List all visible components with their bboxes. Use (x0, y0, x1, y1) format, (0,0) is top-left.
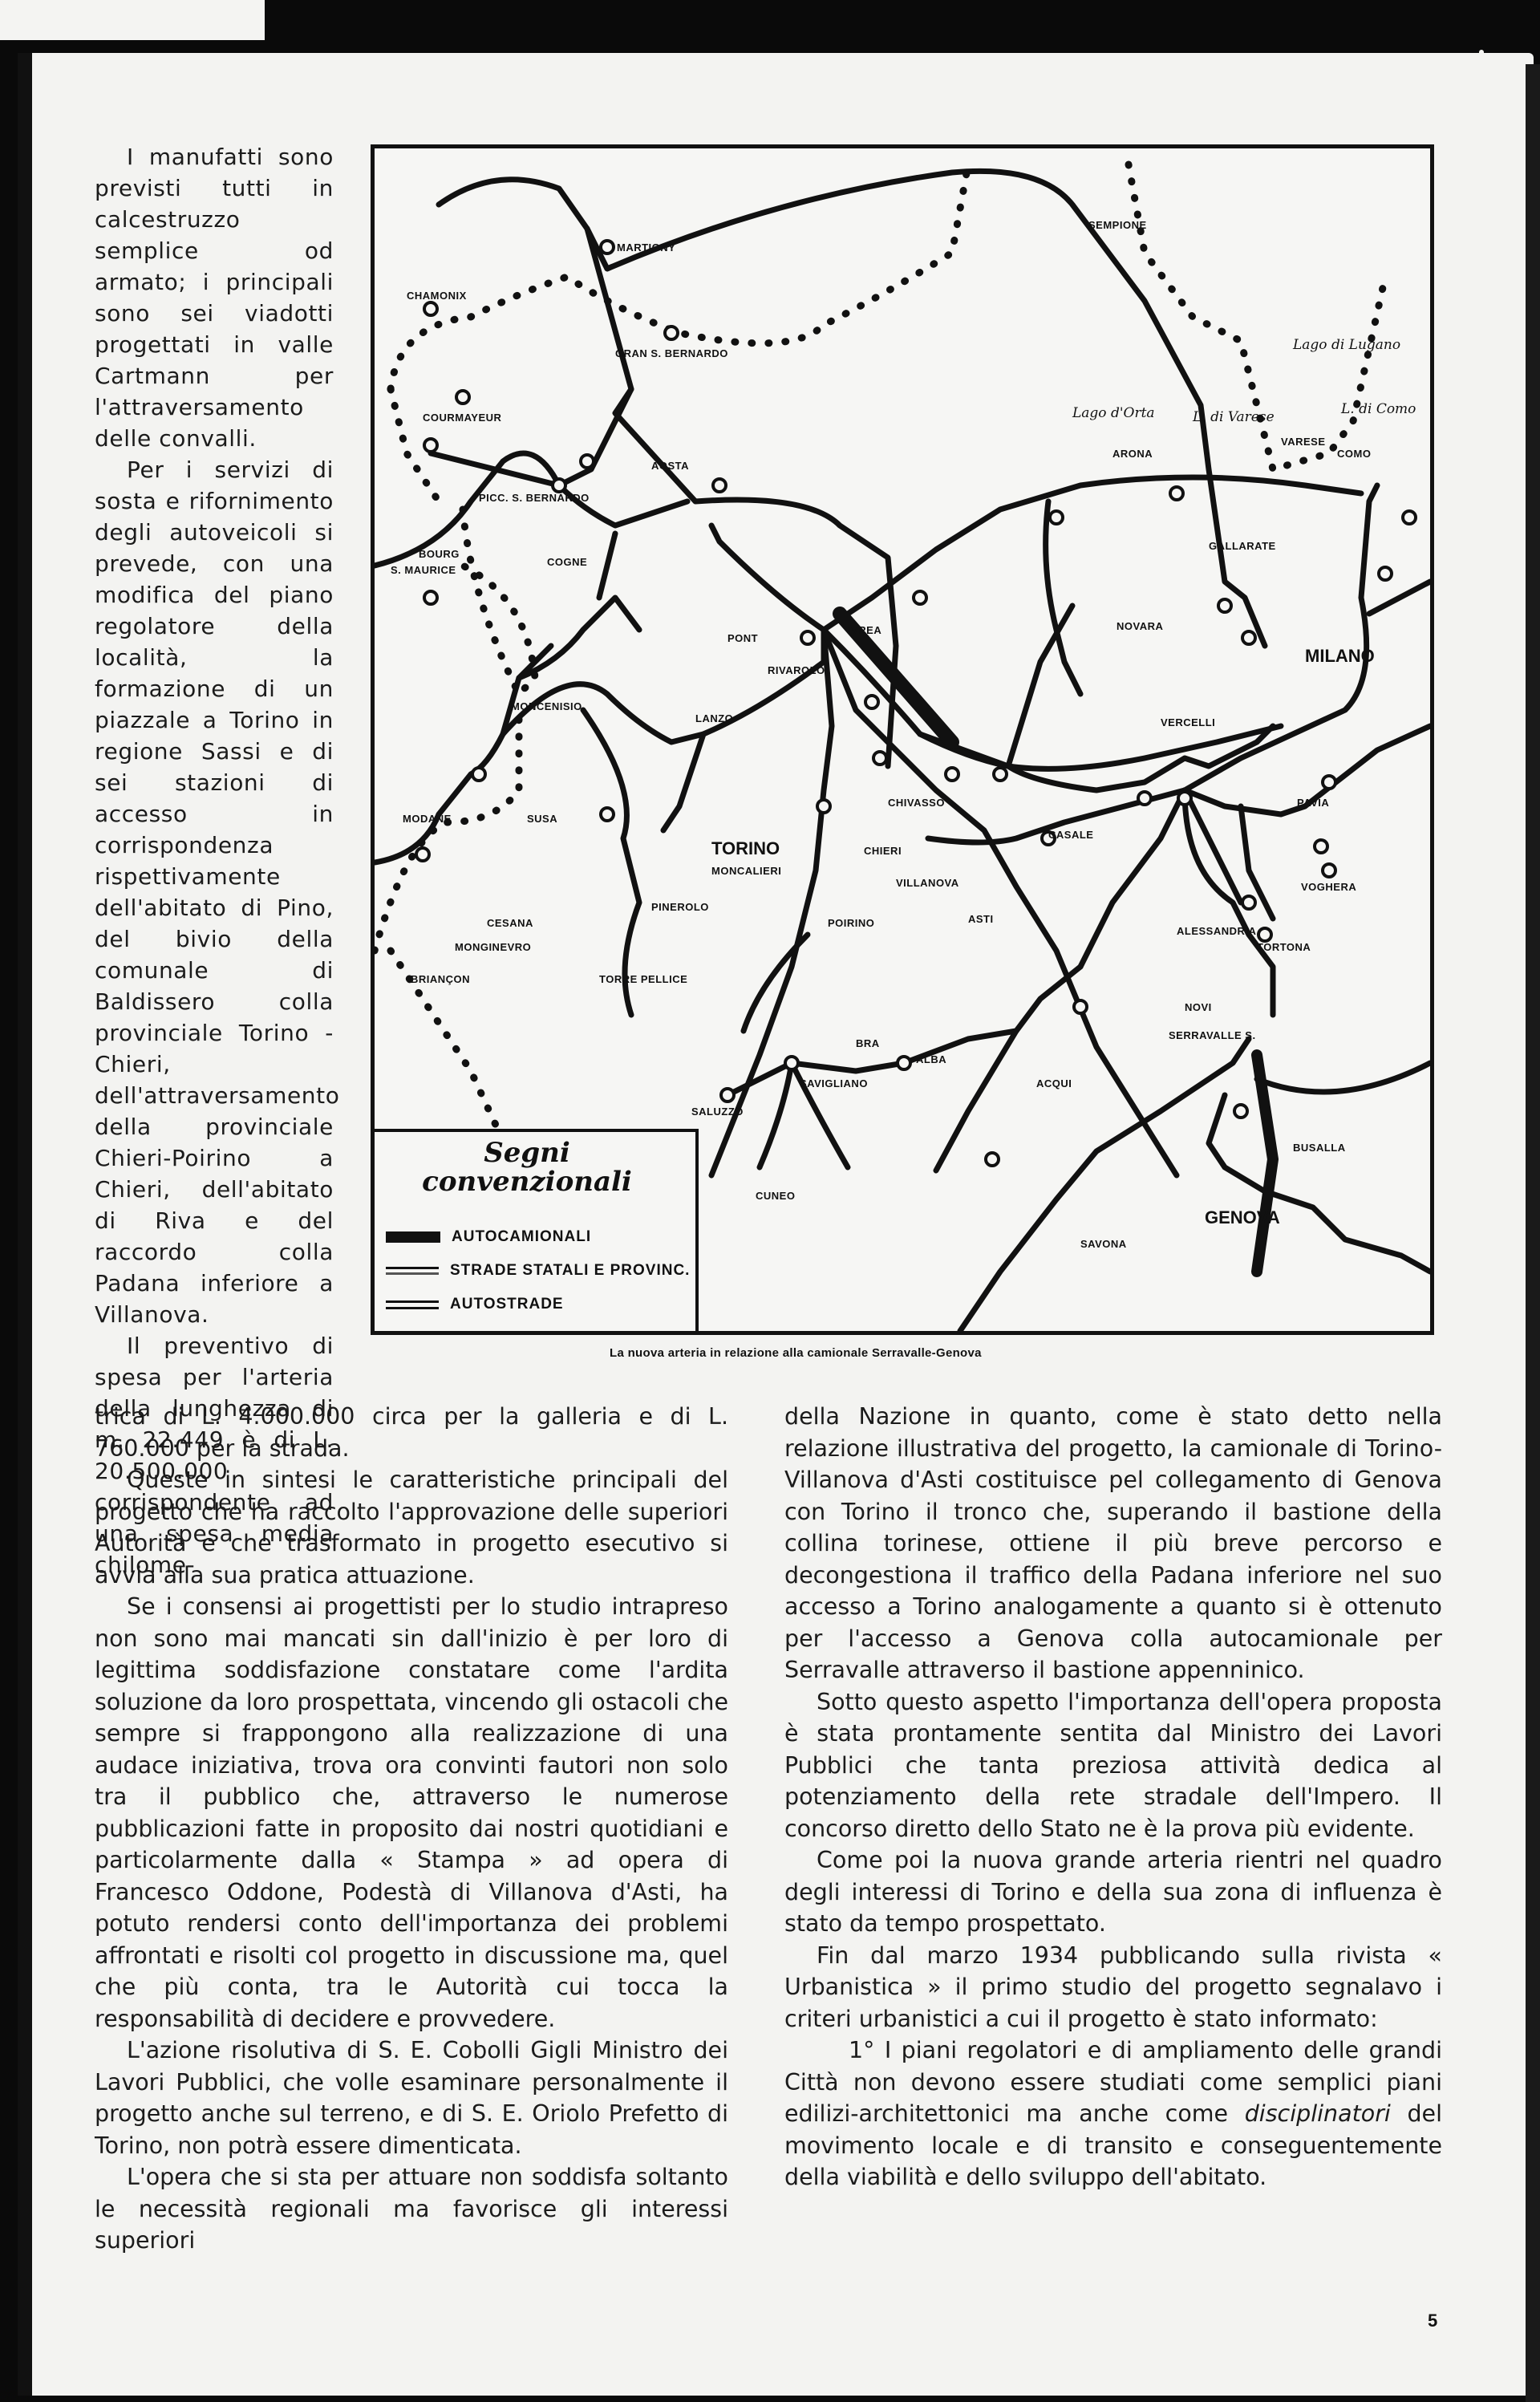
svg-text:MONGINEVRO: MONGINEVRO (455, 941, 531, 953)
svg-text:VOGHERA: VOGHERA (1301, 881, 1356, 893)
paragraph: L'opera che si sta per attuare non soddi… (95, 2161, 728, 2257)
svg-text:MODANE: MODANE (403, 813, 452, 825)
legend-title: Segni convenzionali (399, 1138, 655, 1196)
svg-text:PONT: PONT (727, 632, 758, 644)
svg-text:MILANO: MILANO (1305, 646, 1375, 666)
paragraph-continuation: trica di L. 4.000.000 circa per la galle… (95, 1401, 728, 1464)
svg-text:CASALE: CASALE (1048, 829, 1093, 841)
svg-text:MARTIGNY: MARTIGNY (617, 241, 675, 254)
svg-text:PINEROLO: PINEROLO (651, 901, 709, 913)
svg-text:SUSA: SUSA (527, 813, 557, 825)
svg-text:PAVIA: PAVIA (1297, 797, 1329, 809)
narrow-text-column: I manufatti sono previsti tutti in calce… (95, 141, 334, 1580)
state-road-line-icon (386, 1267, 439, 1275)
svg-text:CHIVASSO: CHIVASSO (888, 797, 945, 809)
svg-text:COMO: COMO (1337, 448, 1371, 460)
svg-text:TORINO: TORINO (711, 838, 780, 858)
svg-text:COURMAYEUR: COURMAYEUR (423, 412, 502, 424)
svg-text:CESANA: CESANA (487, 917, 533, 929)
svg-text:NOVI: NOVI (1185, 1001, 1212, 1013)
road-map-figure: MARTIGNY CHAMONIX GRAN S. BERNARDO COURM… (371, 144, 1434, 1335)
svg-text:AOSTA: AOSTA (651, 460, 689, 472)
svg-text:Lago d'Orta: Lago d'Orta (1072, 405, 1155, 421)
page-edge-right (1526, 64, 1540, 2402)
svg-text:BUSALLA: BUSALLA (1293, 1142, 1346, 1154)
svg-text:NOVARA: NOVARA (1116, 620, 1163, 632)
svg-text:RIVAROLO: RIVAROLO (768, 664, 825, 676)
map-caption: La nuova arteria in relazione alla camio… (610, 1346, 982, 1360)
page-number: 5 (1428, 2311, 1437, 2331)
scan-artifact (1479, 50, 1484, 58)
svg-text:PICC. S. BERNARDO: PICC. S. BERNARDO (479, 492, 590, 504)
svg-text:TORTONA: TORTONA (1257, 941, 1311, 953)
svg-text:L. di Como: L. di Como (1340, 401, 1416, 417)
paragraph: L'azione risolutiva di S. E. Cobolli Gig… (95, 2035, 728, 2161)
svg-text:ALESSANDRIA: ALESSANDRIA (1177, 925, 1257, 937)
svg-text:POIRINO: POIRINO (828, 917, 874, 929)
paragraph-continuation: della Nazione in quanto, come è stato de… (784, 1401, 1442, 1686)
svg-text:CUNEO: CUNEO (756, 1190, 795, 1202)
svg-text:SERRAVALLE S.: SERRAVALLE S. (1169, 1029, 1256, 1041)
svg-text:MONCENISIO: MONCENISIO (511, 700, 582, 712)
autostrada-line-icon (386, 1300, 439, 1309)
svg-text:ALBA: ALBA (916, 1053, 946, 1065)
scan-margin (0, 0, 265, 40)
svg-text:L. di Varese: L. di Varese (1192, 409, 1275, 425)
svg-text:Lago di Lugano: Lago di Lugano (1292, 337, 1400, 353)
numbered-item: 1° I piani regolatori e di ampliamento d… (784, 2035, 1442, 2193)
paragraph: Se i consensi ai progettisti per lo stud… (95, 1591, 728, 2035)
svg-text:BRA: BRA (856, 1037, 880, 1049)
svg-text:IVREA: IVREA (848, 624, 881, 636)
svg-text:ASTI: ASTI (968, 913, 994, 925)
svg-text:CHAMONIX: CHAMONIX (407, 290, 467, 302)
svg-text:ACQUI: ACQUI (1036, 1077, 1072, 1089)
autocamionali-line-icon (386, 1231, 440, 1243)
svg-text:MONCALIERI: MONCALIERI (711, 865, 781, 877)
legend-item-strade-statali: STRADE STATALI E PROVINC. (386, 1260, 690, 1281)
paragraph: Sotto questo aspetto l'importanza dell'o… (784, 1686, 1442, 1845)
svg-text:SEMPIONE: SEMPIONE (1088, 219, 1147, 231)
svg-text:CHIERI: CHIERI (864, 845, 902, 857)
right-text-column: della Nazione in quanto, come è stato de… (784, 1401, 1442, 2193)
paragraph: Come poi la nuova grande arteria rientri… (784, 1844, 1442, 1940)
svg-text:SAVONA: SAVONA (1080, 1238, 1127, 1250)
svg-text:LANZO: LANZO (695, 712, 733, 724)
paragraph: I manufatti sono previsti tutti in calce… (95, 141, 334, 454)
svg-text:BOURG: BOURG (419, 548, 460, 560)
svg-text:GRAN S. BERNARDO: GRAN S. BERNARDO (615, 347, 728, 359)
legend-item-autocamionali: AUTOCAMIONALI (386, 1227, 591, 1248)
svg-text:SALUZZO: SALUZZO (691, 1106, 744, 1118)
svg-text:VILLANOVA: VILLANOVA (896, 877, 959, 889)
svg-text:COGNE: COGNE (547, 556, 587, 568)
paragraph: Fin dal marzo 1934 pubblicando sulla riv… (784, 1940, 1442, 2035)
svg-text:S. MAURICE: S. MAURICE (391, 564, 456, 576)
map-legend: Segni convenzionali AUTOCAMIONALI STRADE… (375, 1129, 699, 1331)
page-edge-left (18, 53, 32, 2396)
left-text-column: trica di L. 4.000.000 circa per la galle… (95, 1401, 728, 2257)
legend-item-autostrade: AUTOSTRADE (386, 1294, 564, 1315)
svg-text:SAVIGLIANO: SAVIGLIANO (800, 1077, 868, 1089)
svg-text:ARONA: ARONA (1112, 448, 1153, 460)
svg-text:VERCELLI: VERCELLI (1161, 716, 1215, 728)
svg-text:GALLARATE: GALLARATE (1209, 540, 1276, 552)
svg-text:VARESE: VARESE (1281, 436, 1326, 448)
svg-text:BRIANÇON: BRIANÇON (411, 973, 470, 985)
paragraph: Queste in sintesi le caratteristiche pri… (95, 1464, 728, 1591)
paragraph: Per i servizi di sosta e rifornimento de… (95, 454, 334, 1330)
svg-text:GENOVA: GENOVA (1205, 1207, 1280, 1227)
svg-text:TORRE PELLICE: TORRE PELLICE (599, 973, 687, 985)
